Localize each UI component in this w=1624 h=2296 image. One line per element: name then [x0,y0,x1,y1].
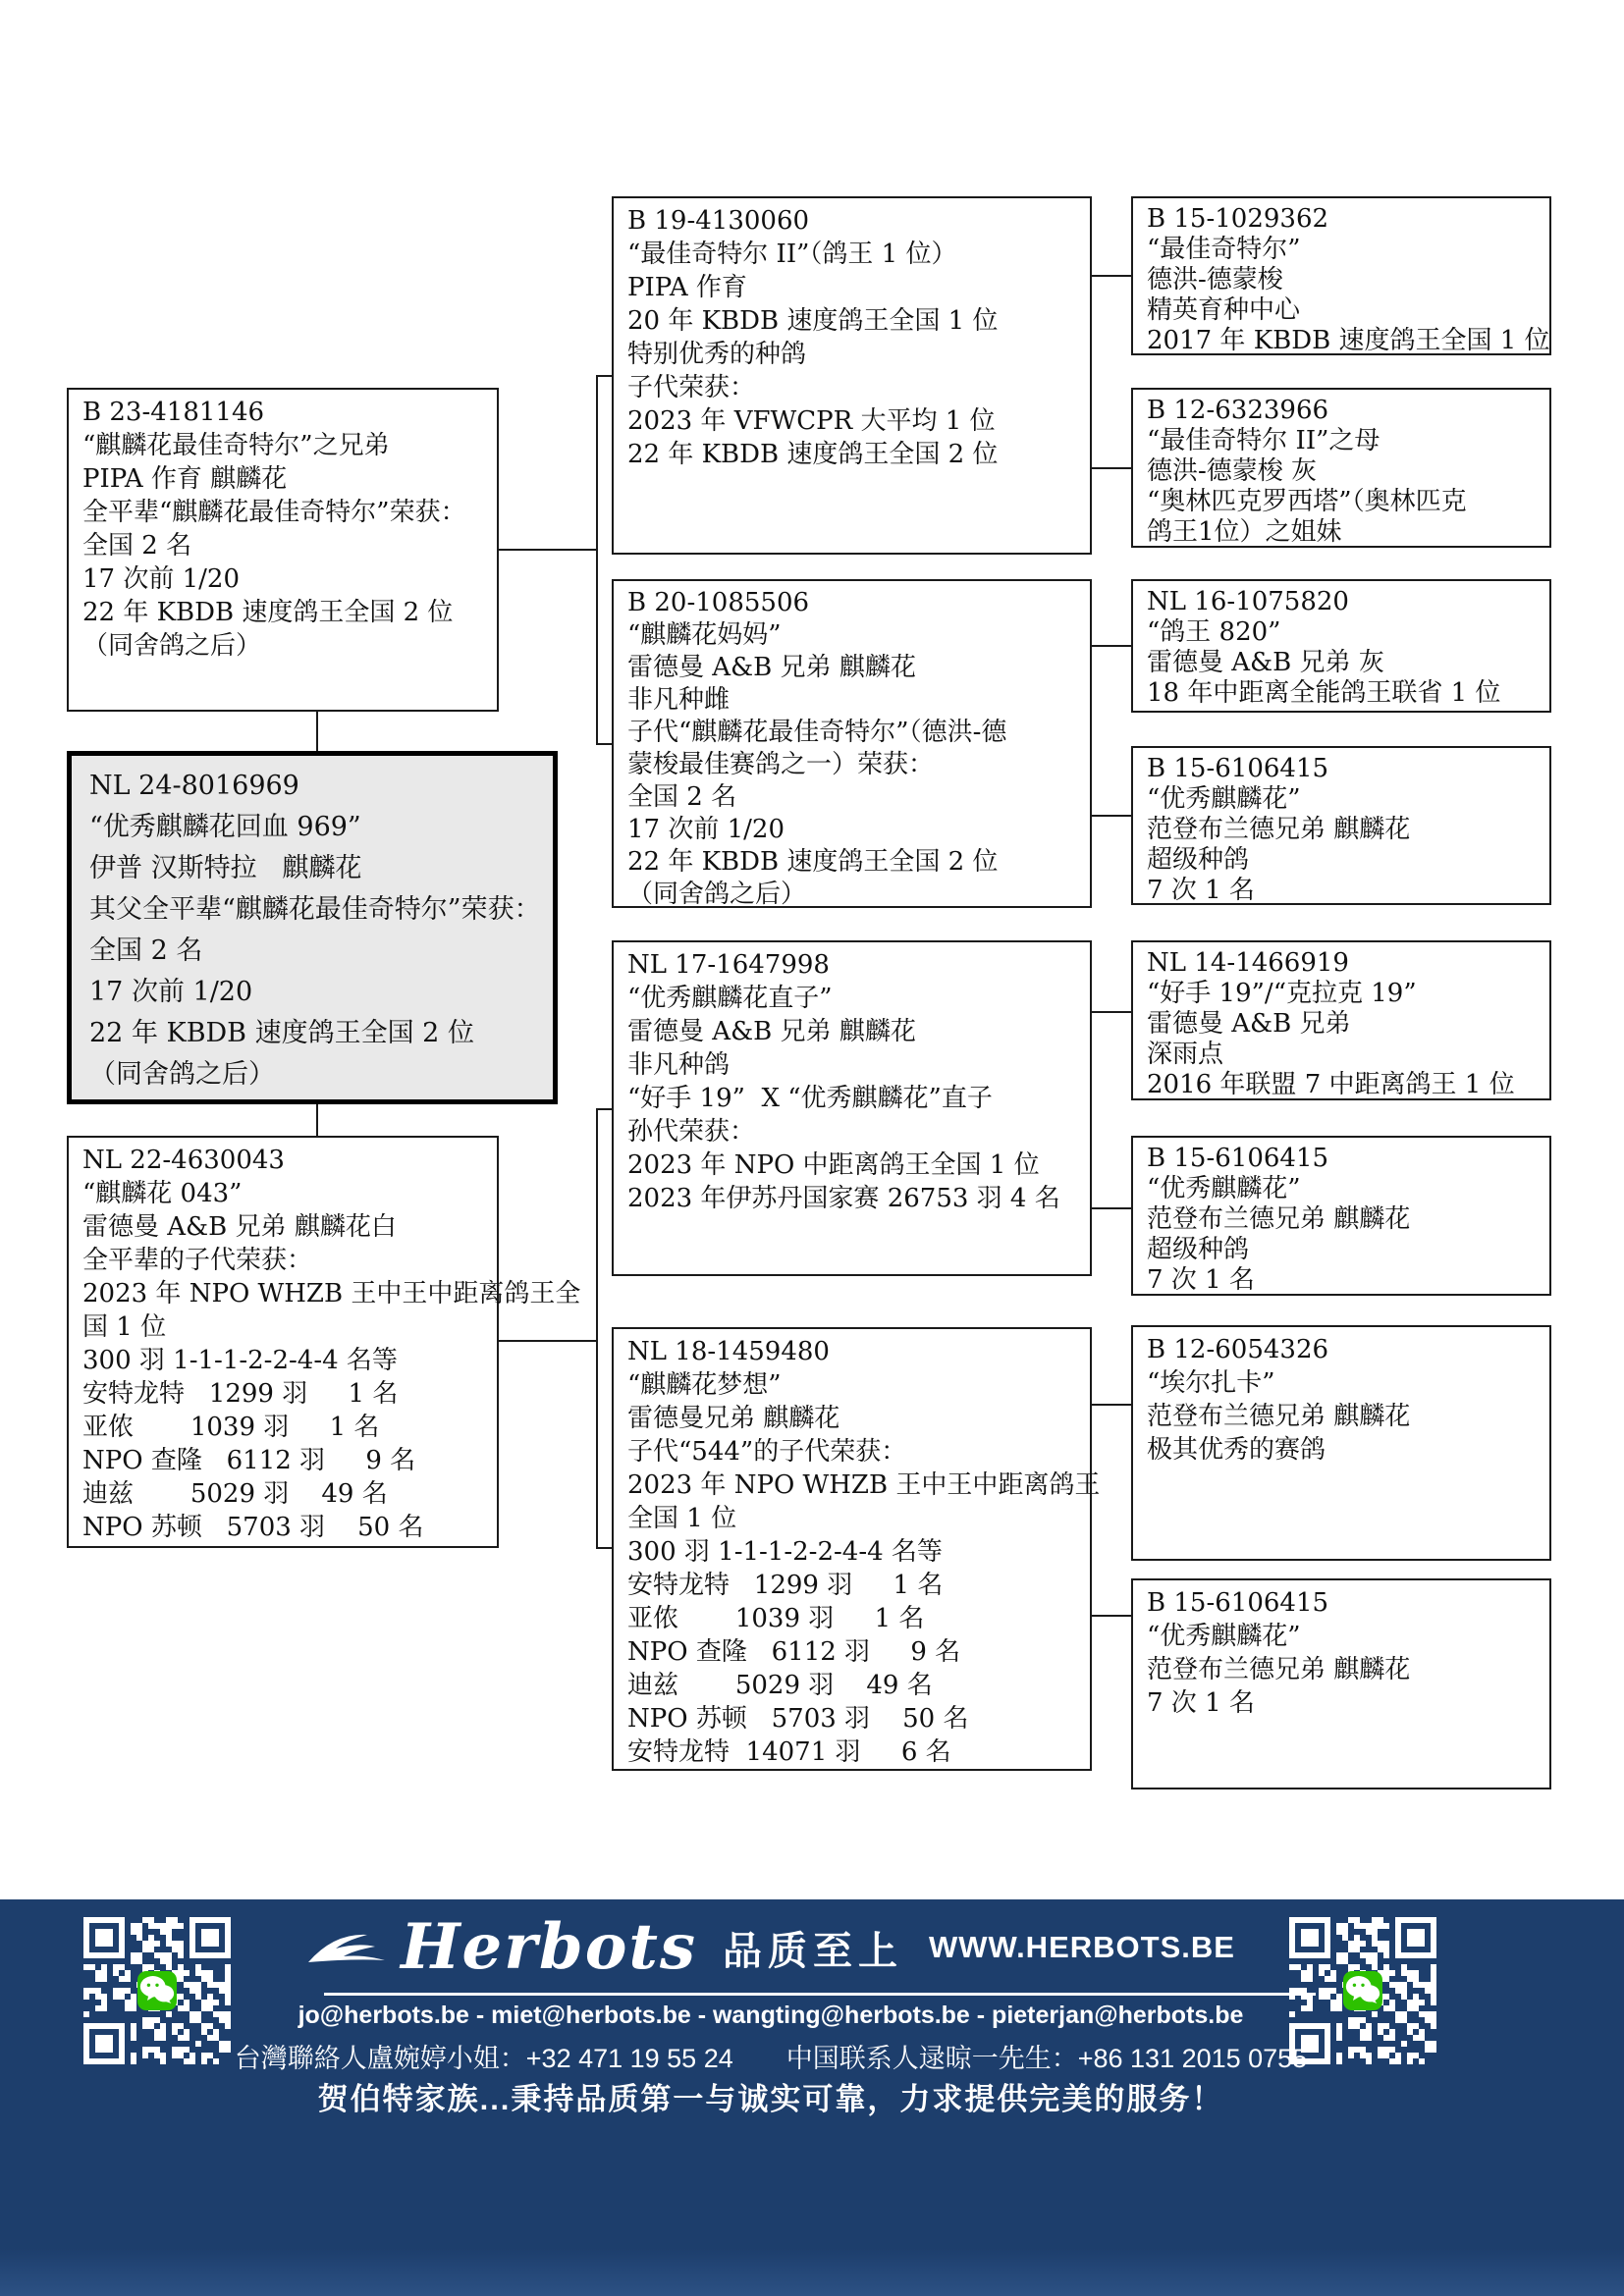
pedigree-box-ggp-8: B 15-6106415“优秀麒麟花”范登布兰德兄弟 麒麟花7 次 1 名 [1131,1578,1551,1789]
connector-line [596,375,612,377]
connector-line [1092,275,1131,277]
pedigree-box-paternal-grandfather: B 19-4130060“最佳奇特尔 II”（鸽王 1 位）PIPA 作育20 … [612,196,1092,555]
pedigree-box-ggp-7: B 12-6054326“埃尔扎卡”范登布兰德兄弟 麒麟花极其优秀的赛鸽 [1131,1325,1551,1561]
connector-line [499,549,598,551]
connector-line [1092,1207,1131,1209]
connector-line [596,1108,612,1110]
contact-phones: 台灣聯絡人盧婉婷小姐：+32 471 19 55 24 中国联系人逯晾一先生：+… [196,2037,1345,2075]
connector-line [316,1104,318,1136]
connector-line [1092,1404,1131,1406]
pedigree-box-paternal-grandmother: B 20-1085506“麒麟花妈妈”雷德曼 A&B 兄弟 麒麟花非凡种雌子代“… [612,579,1092,908]
wechat-icon [1343,1971,1382,2010]
connector-line [316,712,318,751]
wing-icon [306,1925,389,1970]
connector-line [1092,467,1131,469]
wechat-icon [137,1971,177,2010]
connector-line [499,1340,598,1342]
pedigree-box-ggp-2: B 12-6323966“最佳奇特尔 II”之母德洪-德蒙梭 灰“奥林匹克罗西塔… [1131,388,1551,548]
contact-emails[interactable]: jo@herbots.be - miet@herbots.be - wangti… [265,2002,1276,2030]
brand-name: Herbots [401,1916,697,1979]
connector-line [1092,1011,1131,1013]
pedigree-box-ggp-5: NL 14-1466919“好手 19”/“克拉克 19”雷德曼 A&B 兄弟深… [1131,940,1551,1100]
footer-divider [324,1993,1316,1996]
connector-line [1092,815,1131,817]
pedigree-box-maternal-grandfather: NL 17-1647998“优秀麒麟花直子”雷德曼 A&B 兄弟 麒麟花非凡种鸽… [612,940,1092,1276]
brand-tagline: 品质至上 [723,1920,903,1976]
pedigree-box-ggp-3: NL 16-1075820“鸽王 820”雷德曼 A&B 兄弟 灰18 年中距离… [1131,579,1551,713]
website-link[interactable]: WWW.HERBOTS.BE [929,1930,1235,1965]
pedigree-box-ggp-1: B 15-1029362“最佳奇特尔”德洪-德蒙梭精英育种中心2017 年 KB… [1131,196,1551,355]
footer-slogan: 贺伯特家族...秉持品质第一与诚实可靠，力求提供完美的服务！ [196,2074,1345,2118]
pedigree-box-mother: NL 22-4630043“麒麟花 043”雷德曼 A&B 兄弟 麒麟花白全平辈… [67,1136,499,1548]
connector-line [1092,645,1131,647]
connector-line [596,375,598,745]
pedigree-box-ggp-6: B 15-6106415“优秀麒麟花”范登布兰德兄弟 麒麟花超级种鸽7 次 1 … [1131,1136,1551,1296]
footer-banner: Herbots 品质至上 WWW.HERBOTS.BE jo@herbots.b… [0,1899,1624,2296]
pedigree-box-maternal-grandmother: NL 18-1459480“麒麟花梦想”雷德曼兄弟 麒麟花子代“544”的子代荣… [612,1327,1092,1771]
pedigree-box-subject: NL 24-8016969“优秀麒麟花回血 969”伊普 汉斯特拉 麒麟花其父全… [67,751,558,1104]
connector-line [596,1547,612,1549]
connector-line [1092,1615,1131,1617]
brand-row: Herbots 品质至上 WWW.HERBOTS.BE [265,1909,1276,1986]
pedigree-page: NL 24-8016969“优秀麒麟花回血 969”伊普 汉斯特拉 麒麟花其父全… [0,0,1624,2296]
connector-line [596,743,612,745]
connector-line [596,1108,598,1549]
pedigree-box-ggp-4: B 15-6106415“优秀麒麟花”范登布兰德兄弟 麒麟花超级种鸽7 次 1 … [1131,746,1551,905]
pedigree-box-father: B 23-4181146“麒麟花最佳奇特尔”之兄弟PIPA 作育 麒麟花全平辈“… [67,388,499,712]
